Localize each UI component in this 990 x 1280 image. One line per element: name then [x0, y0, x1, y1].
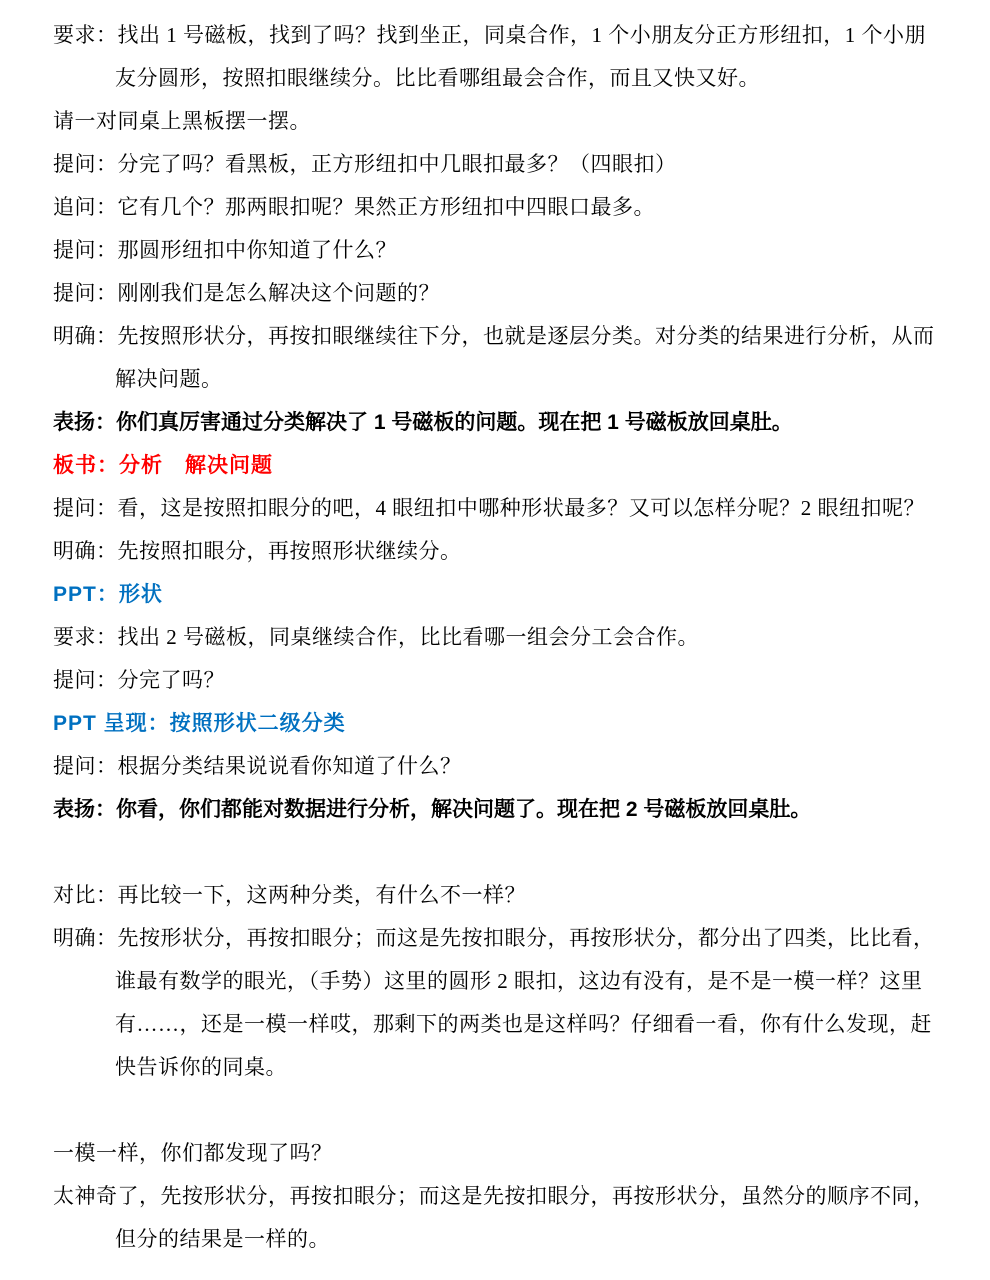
- text-line: 提问：看，这是按照扣眼分的吧，4 眼纽扣中哪种形状最多？又可以怎样分呢？2 眼纽…: [53, 487, 950, 530]
- text-line: 解决问题。: [53, 358, 950, 401]
- text-line: 谁最有数学的眼光，（手势）这里的圆形 2 眼扣，这边有没有，是不是一模一样？这里: [53, 960, 950, 1003]
- text-line: PPT：形状: [53, 573, 950, 616]
- document-lines: 要求：找出 1 号磁板，找到了吗？找到坐正，同桌合作，1 个小朋友分正方形纽扣，…: [53, 14, 950, 1261]
- text-line: 一模一样，你们都发现了吗？: [53, 1132, 950, 1175]
- text-line: 快告诉你的同桌。: [53, 1046, 950, 1089]
- blank-line: [53, 831, 950, 874]
- text-line: 要求：找出 1 号磁板，找到了吗？找到坐正，同桌合作，1 个小朋友分正方形纽扣，…: [53, 14, 950, 57]
- text-line: 提问：那圆形纽扣中你知道了什么？: [53, 229, 950, 272]
- text-line: 提问：刚刚我们是怎么解决这个问题的？: [53, 272, 950, 315]
- text-line: 追问：它有几个？那两眼扣呢？果然正方形纽扣中四眼口最多。: [53, 186, 950, 229]
- text-line: 板书：分析 解决问题: [53, 444, 950, 487]
- text-line: 太神奇了，先按形状分，再按扣眼分；而这是先按扣眼分，再按形状分，虽然分的顺序不同…: [53, 1175, 950, 1218]
- blank-line: [53, 1089, 950, 1132]
- text-line: 友分圆形，按照扣眼继续分。比比看哪组最会合作，而且又快又好。: [53, 57, 950, 100]
- text-line: 提问：分完了吗？: [53, 659, 950, 702]
- text-line: 明确：先按照形状分，再按扣眼继续往下分，也就是逐层分类。对分类的结果进行分析，从…: [53, 315, 950, 358]
- text-line: 请一对同桌上黑板摆一摆。: [53, 100, 950, 143]
- lesson-plan-document-page: 要求：找出 1 号磁板，找到了吗？找到坐正，同桌合作，1 个小朋友分正方形纽扣，…: [0, 0, 990, 1280]
- text-line: 表扬：你们真厉害通过分类解决了 1 号磁板的问题。现在把 1 号磁板放回桌肚。: [53, 401, 950, 444]
- text-line: 但分的结果是一样的。: [53, 1218, 950, 1261]
- text-line: 明确：先按照扣眼分，再按照形状继续分。: [53, 530, 950, 573]
- text-line: 提问：根据分类结果说说看你知道了什么？: [53, 745, 950, 788]
- text-line: 表扬：你看，你们都能对数据进行分析，解决问题了。现在把 2 号磁板放回桌肚。: [53, 788, 950, 831]
- text-line: 提问：分完了吗？看黑板，正方形纽扣中几眼扣最多？（四眼扣）: [53, 143, 950, 186]
- text-line: 要求：找出 2 号磁板，同桌继续合作，比比看哪一组会分工会合作。: [53, 616, 950, 659]
- text-line: PPT 呈现：按照形状二级分类: [53, 702, 950, 745]
- text-line: 对比：再比较一下，这两种分类，有什么不一样？: [53, 874, 950, 917]
- text-line: 明确：先按形状分，再按扣眼分；而这是先按扣眼分，再按形状分，都分出了四类，比比看…: [53, 917, 950, 960]
- text-line: 有……，还是一模一样哎，那剩下的两类也是这样吗？仔细看一看，你有什么发现，赶: [53, 1003, 950, 1046]
